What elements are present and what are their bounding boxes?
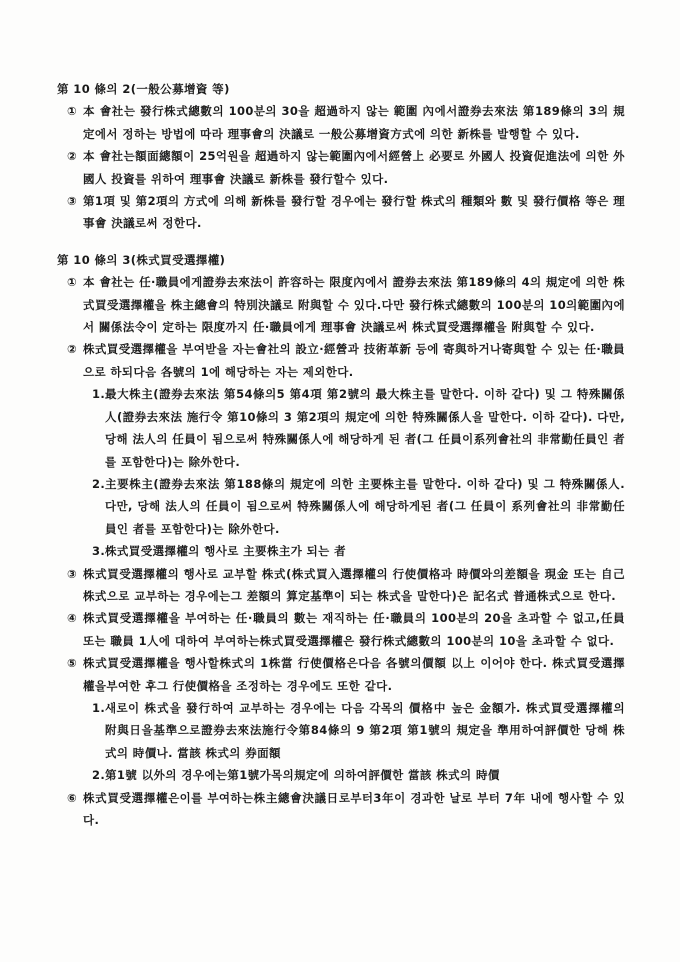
clause-number-marker: ① xyxy=(67,271,77,293)
article-10-3-heading: 第 10 條의 3(株式買受選擇權) xyxy=(57,249,625,271)
article-10-3: 第 10 條의 3(株式買受選擇權) ①本 會社는 任·職員에게證券去來法이 許… xyxy=(57,249,625,832)
clause-number-marker: ① xyxy=(67,100,77,122)
subclause-number-marker: 2. xyxy=(92,473,105,495)
clause-text: 本 會社는 任·職員에게證券去來法이 許容하는 限度內에서 證券去來法 第189… xyxy=(83,275,625,334)
subclause-text: 第1號 以外의 경우에는第1號가목의規定에 의하여評價한 當該 株式의 時價 xyxy=(105,768,500,782)
clause-number-marker: ③ xyxy=(67,563,77,585)
clause-number-marker: ④ xyxy=(67,607,77,629)
subclause-number-marker: 2. xyxy=(92,764,105,786)
article-10-3-clause-5-sub-1: 1.새로이 株式을 發行하여 교부하는 경우에는 다음 각목의 價格中 높은 金… xyxy=(57,697,625,764)
clause-text: 本 會社는 發行株式總數의 100분의 30을 超過하지 않는 範圍 內에서證券… xyxy=(83,104,625,140)
article-10-2-clause-3: ③第1項 및 第2項의 方式에 의해 新株를 發行할 경우에는 發行할 株式의 … xyxy=(57,190,625,235)
clause-text: 株式買受選擇權을 부여하는 任·職員의 數는 재직하는 任·職員의 100분의 … xyxy=(83,611,625,647)
clause-text: 株式買受選擇權을 부여받을 자는會社의 設立·經營과 技術革新 등에 寄與하거나… xyxy=(83,342,625,378)
clause-number-marker: ② xyxy=(67,145,77,167)
clause-number-marker: ⑤ xyxy=(67,652,77,674)
article-10-3-clause-5: ⑤株式買受選擇權을 행사할株式의 1株當 行使價格은다음 各號의價額 以上 이어… xyxy=(57,652,625,697)
article-10-3-clause-5-sub-2: 2.第1號 以外의 경우에는第1號가목의規定에 의하여評價한 當該 株式의 時價 xyxy=(57,764,625,786)
article-10-2: 第 10 條의 2(一般公募增資 等) ①本 會社는 發行株式總數의 100분의… xyxy=(57,78,625,235)
article-10-2-clause-1: ①本 會社는 發行株式總數의 100분의 30을 超過하지 않는 範圍 內에서證… xyxy=(57,100,625,145)
subclause-number-marker: 1. xyxy=(92,383,105,405)
subclause-text: 株式買受選擇權의 행사로 主要株主가 되는 者 xyxy=(105,544,346,558)
article-10-3-clause-1: ①本 會社는 任·職員에게證券去來法이 許容하는 限度內에서 證券去來法 第18… xyxy=(57,271,625,338)
subclause-text: 主要株主(證券去來法 第188條의 規定에 의한 主要株主를 말한다. 이하 같… xyxy=(105,477,625,536)
article-10-3-clause-2-sub-1: 1.最大株主(證券去來法 第54條의5 第4項 第2號의 最大株主를 말한다. … xyxy=(57,383,625,473)
clause-number-marker: ③ xyxy=(67,190,77,212)
article-10-3-clause-6: ⑥株式買受選擇權은이를 부여하는株主總會決議日로부터3年이 경과한 날로 부터 … xyxy=(57,787,625,832)
clause-text: 本 會社는額面總額이 25억원을 超過하지 않는範圍內에서經營上 必要로 外國人… xyxy=(83,149,625,185)
article-10-3-clause-3: ③株式買受選擇權의 행사로 교부할 株式(株式買入選擇權의 行使價格과 時價와의… xyxy=(57,563,625,608)
clause-number-marker: ⑥ xyxy=(67,787,77,809)
subclause-number-marker: 1. xyxy=(92,697,105,719)
article-10-3-clause-2: ②株式買受選擇權을 부여받을 자는會社의 設立·經營과 技術革新 등에 寄與하거… xyxy=(57,338,625,383)
clause-text: 株式買受選擇權의 행사로 교부할 株式(株式買入選擇權의 行使價格과 時價와의差… xyxy=(83,567,625,603)
subclause-number-marker: 3. xyxy=(92,540,105,562)
article-10-2-clause-2: ②本 會社는額面總額이 25억원을 超過하지 않는範圍內에서經營上 必要로 外國… xyxy=(57,145,625,190)
clause-text: 株式買受選擇權을 행사할株式의 1株當 行使價格은다음 各號의價額 以上 이어야… xyxy=(83,656,625,692)
clause-number-marker: ② xyxy=(67,338,77,360)
subclause-text: 最大株主(證券去來法 第54條의5 第4項 第2號의 最大株主를 말한다. 이하… xyxy=(105,387,625,468)
clause-text: 株式買受選擇權은이를 부여하는株主總會決議日로부터3年이 경과한 날로 부터 7… xyxy=(83,791,625,827)
article-10-2-heading: 第 10 條의 2(一般公募增資 等) xyxy=(57,78,625,100)
article-10-3-clause-2-sub-3: 3.株式買受選擇權의 행사로 主要株主가 되는 者 xyxy=(57,540,625,562)
document-page: 第 10 條의 2(一般公募增資 等) ①本 會社는 發行株式總數의 100분의… xyxy=(57,78,625,831)
article-10-3-clause-4: ④株式買受選擇權을 부여하는 任·職員의 數는 재직하는 任·職員의 100분의… xyxy=(57,607,625,652)
clause-text: 第1項 및 第2項의 方式에 의해 新株를 發行할 경우에는 發行할 株式의 種… xyxy=(83,194,625,230)
subclause-text: 새로이 株式을 發行하여 교부하는 경우에는 다음 각목의 價格中 높은 金額가… xyxy=(105,701,625,760)
article-10-3-clause-2-sub-2: 2.主要株主(證券去來法 第188條의 規定에 의한 主要株主를 말한다. 이하… xyxy=(57,473,625,540)
